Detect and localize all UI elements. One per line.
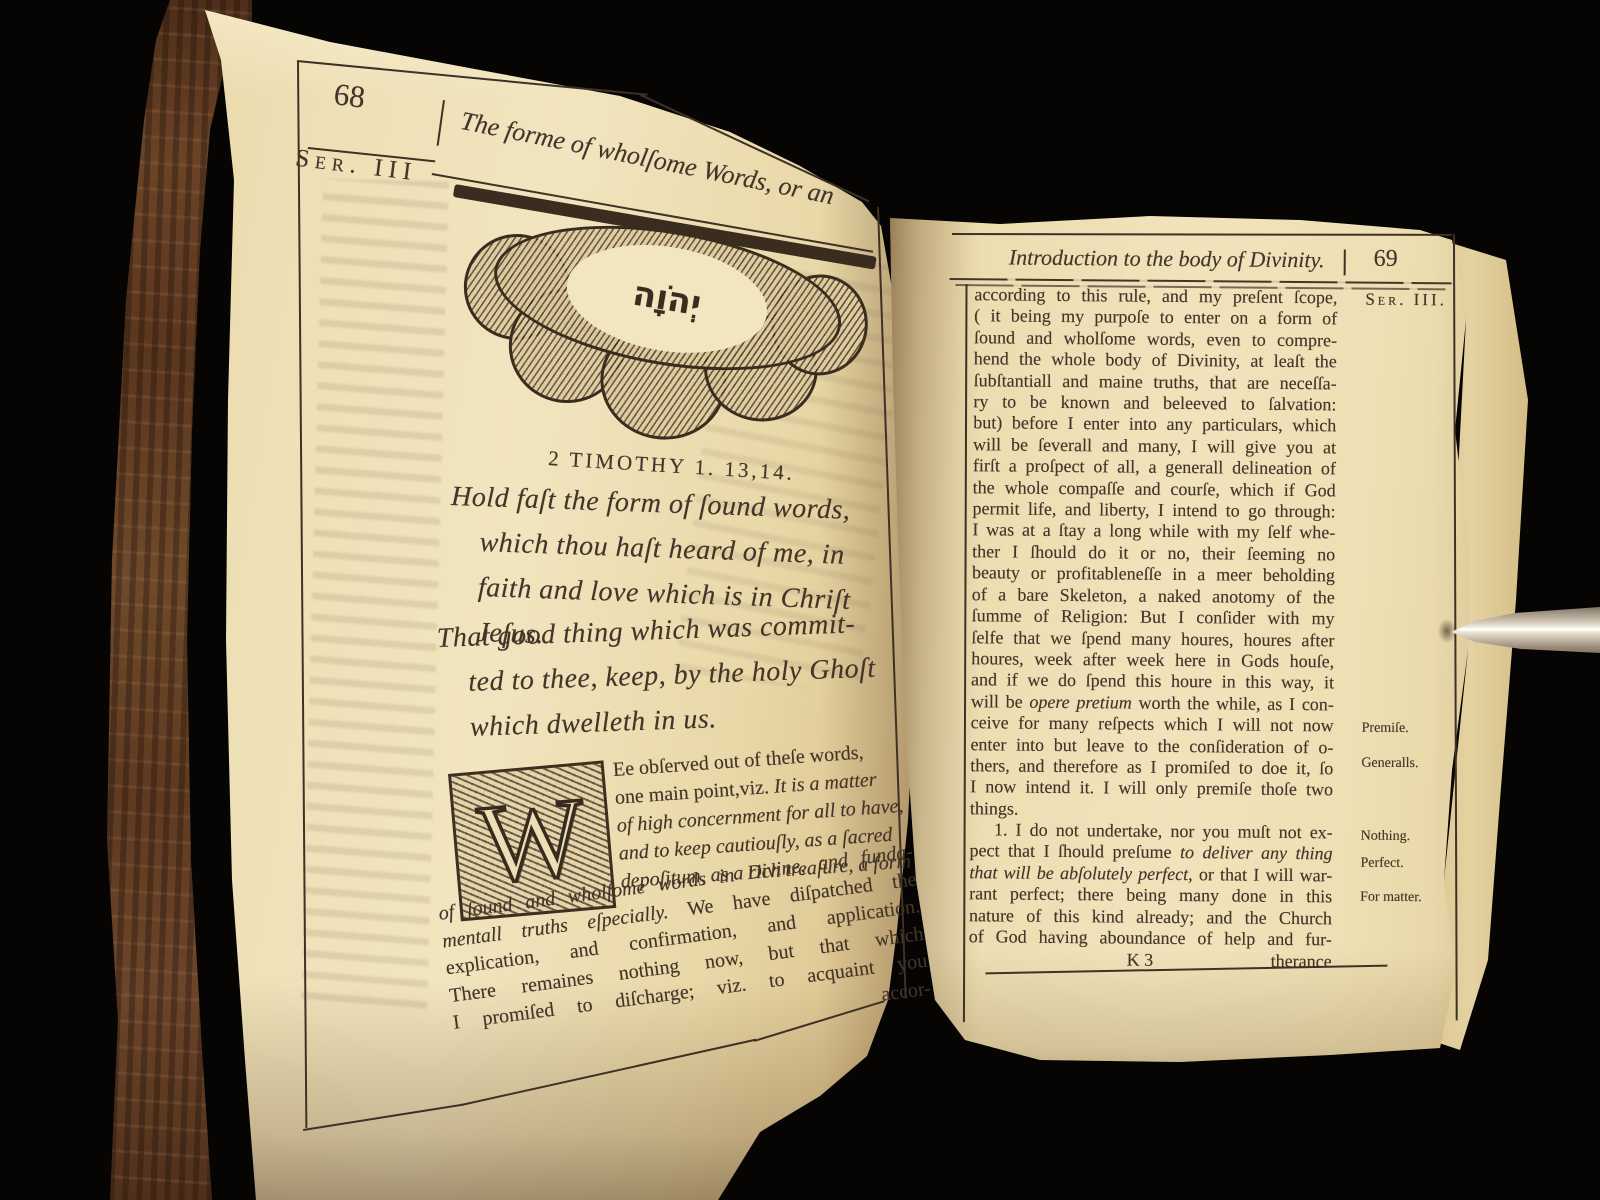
metal-pointer-highlight: [1460, 628, 1600, 631]
margin-note-ser-iii: Ser. III.: [1365, 290, 1447, 311]
scripture-quote-2: That good thing which was commit-ted to …: [436, 600, 910, 751]
right-header-divider: [1344, 249, 1346, 275]
signature-mark: K 3: [1127, 950, 1154, 971]
margin-note-nothing: Nothing.: [1361, 829, 1411, 845]
right-running-title: Introduction to the body of Divinity.: [1002, 244, 1332, 273]
right-body-paragraph-1: according to this rule, and my preſent ſ…: [970, 284, 1337, 801]
left-page-top-highlight: [150, 0, 960, 140]
margin-note-premise: Premiſe.: [1362, 721, 1409, 737]
right-body-paragraph-1-last: things.: [970, 798, 1019, 820]
right-catchword: therance: [1271, 951, 1332, 973]
right-text-left-rule: [963, 284, 968, 1022]
right-page-content: Introduction to the body of Divinity. 69…: [943, 228, 1462, 1032]
right-header-top-rule: [952, 233, 1452, 236]
right-page-number: 69: [1374, 246, 1398, 273]
bleedthrough-left-column: [301, 178, 449, 1011]
right-header-underrule-a: [950, 278, 1452, 284]
photo-of-open-antique-book: 68 Ser. III The forme of wholſome Words,…: [0, 0, 1600, 1200]
margin-note-perfect: Perfect.: [1360, 856, 1403, 872]
hebrew-tetragrammaton: יְהֹוָה: [630, 274, 704, 325]
leather-cover-edge: [52, 0, 252, 1200]
margin-note-for-matter: For matter.: [1360, 890, 1422, 907]
left-page-number: 68: [332, 76, 367, 116]
margin-note-generalls: Generalls.: [1361, 756, 1418, 772]
right-body-paragraph-2: 1. I do not undertake, nor you muſt not …: [969, 819, 1333, 951]
